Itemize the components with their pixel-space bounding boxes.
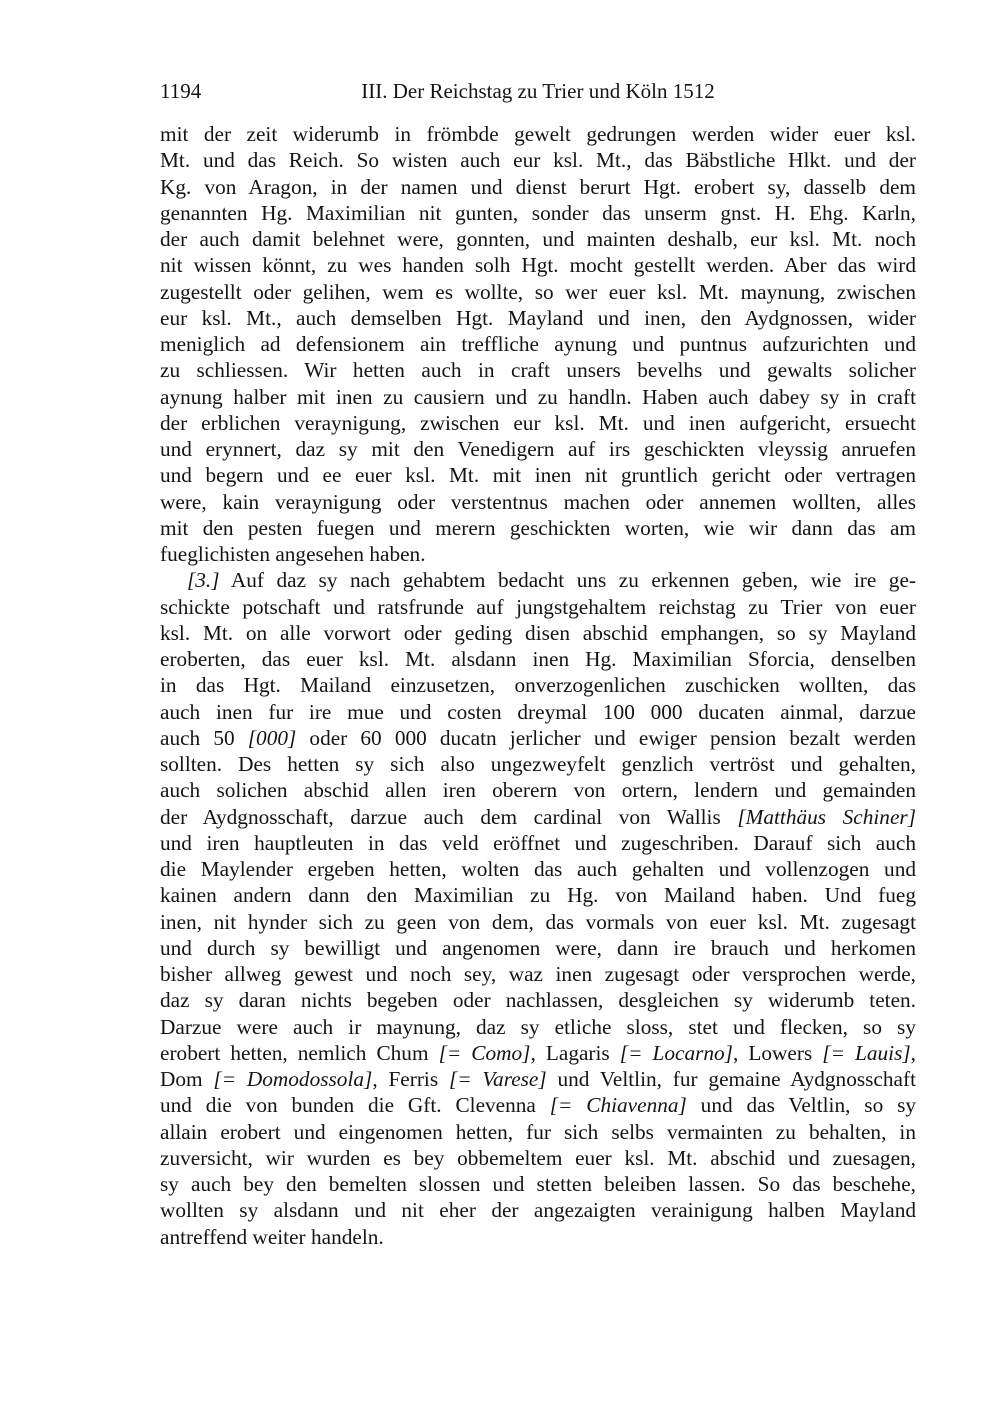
text-line: were, kain veraynigung oder verstentnus … bbox=[160, 489, 916, 515]
page-number: 1194 bbox=[160, 79, 201, 103]
text-segment: aynung halber mit inen zu causiern und z… bbox=[160, 385, 916, 409]
text-segment: genannten Hg. Maximilian nit gunten, son… bbox=[160, 201, 916, 225]
text-segment: daz sy daran nichts begeben oder nachlas… bbox=[160, 988, 916, 1012]
text-segment: ksl. Mt. on alle vorwort oder geding dis… bbox=[160, 621, 916, 645]
text-segment: und durch sy bewilligt und angenomen wer… bbox=[160, 936, 916, 960]
text-line: und die von bunden die Gft. Clevenna [= … bbox=[160, 1092, 916, 1118]
editorial-insertion: [Matthäus Schiner] bbox=[737, 805, 916, 829]
text-line: zu schliessen. Wir hetten auch in craft … bbox=[160, 357, 916, 383]
editorial-insertion: [= Chiavenna] bbox=[550, 1093, 687, 1117]
text-line: der erblichen veraynigung, zwischen eur … bbox=[160, 410, 916, 436]
text-line: auch 50 [000] oder 60 000 ducatn jerlich… bbox=[160, 725, 916, 751]
text-segment: und begern und ee euer ksl. Mt. mit inen… bbox=[160, 463, 916, 487]
text-segment: Auf daz sy nach gehabtem bedacht uns zu … bbox=[220, 568, 916, 592]
text-line: zuversicht, wir wurden es bey obbemeltem… bbox=[160, 1145, 916, 1171]
page-body: mit der zeit widerumb in frömbde gewelt … bbox=[160, 121, 916, 1250]
text-line: ksl. Mt. on alle vorwort oder geding dis… bbox=[160, 620, 916, 646]
editorial-insertion: [= Domodossola] bbox=[213, 1067, 372, 1091]
text-line: die Maylender ergeben hetten, wolten das… bbox=[160, 856, 916, 882]
text-segment: , Ferris bbox=[372, 1067, 449, 1091]
text-segment: zugestellt oder gelihen, wem es wollte, … bbox=[160, 280, 916, 304]
text-segment: zuversicht, wir wurden es bey obbemeltem… bbox=[160, 1146, 916, 1170]
text-line: fueglichisten angesehen haben. bbox=[160, 541, 916, 567]
text-line: Darzue were auch ir maynung, daz sy etli… bbox=[160, 1014, 916, 1040]
text-line: eur ksl. Mt., auch demselben Hgt. Maylan… bbox=[160, 305, 916, 331]
text-segment: der Aydgnosschaft, darzue auch dem cardi… bbox=[160, 805, 737, 829]
text-line: schickte potschaft und ratsfrunde auf ju… bbox=[160, 594, 916, 620]
text-segment: eroberten, das euer ksl. Mt. alsdann ine… bbox=[160, 647, 916, 671]
text-line: Mt. und das Reich. So wisten auch eur ks… bbox=[160, 147, 916, 173]
text-segment: inen, nit hynder sich zu geen von dem, d… bbox=[160, 910, 916, 934]
text-segment: auch inen fur ire mue und costen dreymal… bbox=[160, 700, 916, 724]
text-segment: und erynnert, daz sy mit den Venedigern … bbox=[160, 437, 916, 461]
text-line: in das Hgt. Mailand einzusetzen, onverzo… bbox=[160, 672, 916, 698]
text-segment: zu schliessen. Wir hetten auch in craft … bbox=[160, 358, 916, 382]
editorial-insertion: [= Como] bbox=[439, 1041, 531, 1065]
text-segment: , bbox=[911, 1041, 916, 1065]
text-line: Dom [= Domodossola], Ferris [= Varese] u… bbox=[160, 1066, 916, 1092]
text-segment: sy auch bey den bemelten slossen und ste… bbox=[160, 1172, 916, 1196]
page-header: 1194 III. Der Reichstag zu Trier und Köl… bbox=[160, 79, 916, 106]
text-line: wollten sy alsdann und nit eher der ange… bbox=[160, 1197, 916, 1223]
text-line: sollten. Des hetten sy sich also ungezwe… bbox=[160, 751, 916, 777]
text-line: der auch damit belehnet were, gonnten, u… bbox=[160, 226, 916, 252]
editorial-insertion: [3.] bbox=[187, 568, 220, 592]
text-line: bisher allweg gewest und noch sey, waz i… bbox=[160, 961, 916, 987]
text-segment: und iren hauptleuten in das veld eröffne… bbox=[160, 831, 916, 855]
editorial-insertion: [= Locarno] bbox=[620, 1041, 733, 1065]
book-page: 1194 III. Der Reichstag zu Trier und Köl… bbox=[0, 0, 1004, 1418]
text-segment: Dom bbox=[160, 1067, 213, 1091]
text-line: aynung halber mit inen zu causiern und z… bbox=[160, 384, 916, 410]
text-segment: bisher allweg gewest und noch sey, waz i… bbox=[160, 962, 916, 986]
text-segment: eur ksl. Mt., auch demselben Hgt. Maylan… bbox=[160, 306, 916, 330]
text-line: der Aydgnosschaft, darzue auch dem cardi… bbox=[160, 804, 916, 830]
text-line: und durch sy bewilligt und angenomen wer… bbox=[160, 935, 916, 961]
text-segment: auch solichen abschid allen iren oberern… bbox=[160, 778, 916, 802]
text-line: nit wissen könnt, zu wes handen solh Hgt… bbox=[160, 252, 916, 278]
text-line: inen, nit hynder sich zu geen von dem, d… bbox=[160, 909, 916, 935]
text-segment: antreffend weiter handeln. bbox=[160, 1225, 384, 1249]
text-line: und begern und ee euer ksl. Mt. mit inen… bbox=[160, 462, 916, 488]
running-title: III. Der Reichstag zu Trier und Köln 151… bbox=[160, 79, 916, 103]
text-segment: erobert hetten, nemlich Chum bbox=[160, 1041, 439, 1065]
text-line: Kg. von Aragon, in der namen und dienst … bbox=[160, 174, 916, 200]
text-segment: der auch damit belehnet were, gonnten, u… bbox=[160, 227, 916, 251]
text-line: mit der zeit widerumb in frömbde gewelt … bbox=[160, 121, 916, 147]
text-segment: auch 50 bbox=[160, 726, 248, 750]
editorial-insertion: [000] bbox=[248, 726, 297, 750]
text-segment: in das Hgt. Mailand einzusetzen, onverzo… bbox=[160, 673, 916, 697]
text-segment: mit der zeit widerumb in frömbde gewelt … bbox=[160, 122, 916, 146]
text-segment: und die von bunden die Gft. Clevenna bbox=[160, 1093, 550, 1117]
text-line: und iren hauptleuten in das veld eröffne… bbox=[160, 830, 916, 856]
text-segment: sollten. Des hetten sy sich also ungezwe… bbox=[160, 752, 916, 776]
text-line: meniglich ad defensionem ain treffliche … bbox=[160, 331, 916, 357]
text-segment: were, kain veraynigung oder verstentnus … bbox=[160, 490, 916, 514]
text-segment: die Maylender ergeben hetten, wolten das… bbox=[160, 857, 916, 881]
text-line: kainen andern dann den Maximilian zu Hg.… bbox=[160, 882, 916, 908]
editorial-insertion: [= Lauis] bbox=[822, 1041, 910, 1065]
text-segment: kainen andern dann den Maximilian zu Hg.… bbox=[160, 883, 916, 907]
text-line: allain erobert und eingenomen hetten, fu… bbox=[160, 1119, 916, 1145]
text-line: antreffend weiter handeln. bbox=[160, 1224, 916, 1250]
text-segment: meniglich ad defensionem ain treffliche … bbox=[160, 332, 916, 356]
text-line: [3.] Auf daz sy nach gehabtem bedacht un… bbox=[160, 567, 916, 593]
text-line: eroberten, das euer ksl. Mt. alsdann ine… bbox=[160, 646, 916, 672]
text-segment: schickte potschaft und ratsfrunde auf ju… bbox=[160, 595, 916, 619]
text-line: und erynnert, daz sy mit den Venedigern … bbox=[160, 436, 916, 462]
text-segment: Darzue were auch ir maynung, daz sy etli… bbox=[160, 1015, 916, 1039]
text-segment: mit den pesten fuegen und merern geschic… bbox=[160, 516, 916, 540]
text-segment: der erblichen veraynigung, zwischen eur … bbox=[160, 411, 916, 435]
text-segment: und Veltlin, fur gemaine Aydgnosschaft bbox=[547, 1067, 916, 1091]
text-segment: wollten sy alsdann und nit eher der ange… bbox=[160, 1198, 916, 1222]
text-line: daz sy daran nichts begeben oder nachlas… bbox=[160, 987, 916, 1013]
text-line: zugestellt oder gelihen, wem es wollte, … bbox=[160, 279, 916, 305]
text-segment: fueglichisten angesehen haben. bbox=[160, 542, 426, 566]
text-segment: und das Veltlin, so sy bbox=[687, 1093, 916, 1117]
text-line: genannten Hg. Maximilian nit gunten, son… bbox=[160, 200, 916, 226]
text-line: erobert hetten, nemlich Chum [= Como], L… bbox=[160, 1040, 916, 1066]
editorial-insertion: [= Varese] bbox=[449, 1067, 547, 1091]
text-line: sy auch bey den bemelten slossen und ste… bbox=[160, 1171, 916, 1197]
text-line: mit den pesten fuegen und merern geschic… bbox=[160, 515, 916, 541]
text-segment: Kg. von Aragon, in der namen und dienst … bbox=[160, 175, 916, 199]
text-segment: oder 60 000 ducatn jerlicher und ewiger … bbox=[296, 726, 916, 750]
text-segment: allain erobert und eingenomen hetten, fu… bbox=[160, 1120, 916, 1144]
text-line: auch inen fur ire mue und costen dreymal… bbox=[160, 699, 916, 725]
text-line: auch solichen abschid allen iren oberern… bbox=[160, 777, 916, 803]
text-segment: , Lowers bbox=[733, 1041, 822, 1065]
text-segment: Mt. und das Reich. So wisten auch eur ks… bbox=[160, 148, 916, 172]
text-segment: , Lagaris bbox=[530, 1041, 619, 1065]
text-segment: nit wissen könnt, zu wes handen solh Hgt… bbox=[160, 253, 916, 277]
